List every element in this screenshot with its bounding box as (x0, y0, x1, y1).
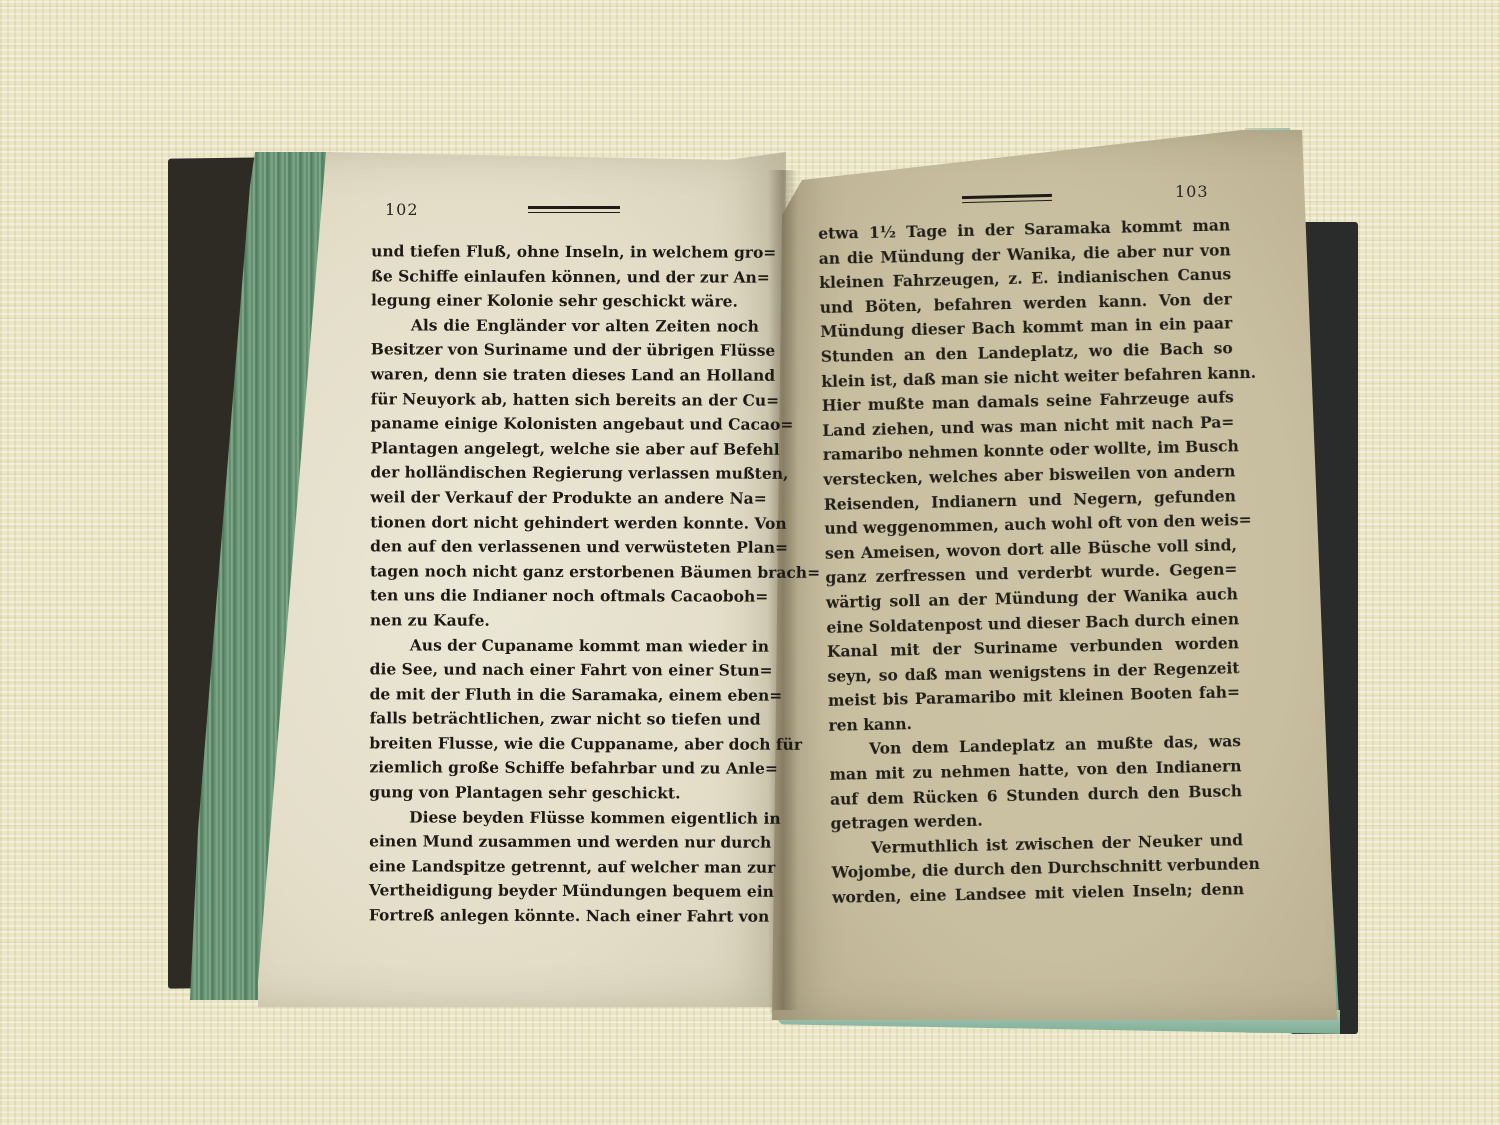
right-page-number: 103 (1175, 182, 1209, 201)
text-line: Diese beyden Flüsse kommen eigentlich in (369, 805, 757, 831)
right-page-text: etwa 1½ Tage in der Saramaka kommt man a… (818, 213, 1244, 910)
text-line: die See, und nach einer Fahrt von einer … (370, 657, 758, 683)
text-line: ten uns die Indianer noch oftmals Cacaob… (370, 584, 758, 610)
text-line: weil der Verkauf der Produkte an andere … (370, 485, 758, 511)
text-line: für Neuyork ab, hatten sich bereits an d… (371, 387, 759, 413)
text-line: falls beträchtlichen, zwar nicht so tief… (369, 707, 757, 733)
left-page-text: und tiefen Fluß, ohne Inseln, in welchem… (369, 239, 759, 929)
text-line: und tiefen Fluß, ohne Inseln, in welchem… (371, 239, 759, 265)
text-line: tagen noch nicht ganz erstorbenen Bäumen… (370, 559, 758, 585)
text-line: Vertheidigung beyder Mündungen bequem ei… (369, 879, 757, 905)
text-line: Als die Engländer vor alten Zeiten noch (371, 313, 759, 339)
left-header-rule (528, 206, 620, 213)
text-line: Fortreß anlegen könnte. Nach einer Fahrt… (369, 903, 757, 929)
left-page-number: 102 (385, 200, 419, 219)
text-line: nen zu Kaufe. (370, 608, 758, 634)
text-line: gung von Plantagen sehr geschickt. (369, 780, 757, 806)
text-line: eine Landspitze getrennt, auf welcher ma… (369, 854, 757, 880)
text-line: der holländischen Regierung verlassen mu… (370, 461, 758, 487)
text-line: waren, denn sie traten dieses Land an Ho… (371, 362, 759, 388)
text-line: paname einige Kolonisten angebaut und Ca… (371, 411, 759, 437)
text-line: Plantagen angelegt, welche sie aber auf … (370, 436, 758, 462)
text-line: ße Schiffe einlaufen können, und der zur… (371, 264, 759, 290)
text-line: tionen dort nicht gehindert werden konnt… (370, 510, 758, 536)
text-line: de mit der Fluth in die Saramaka, einem … (370, 682, 758, 708)
text-line: ziemlich große Schiffe befahrbar und zu … (369, 756, 757, 782)
text-line: breiten Flusse, wie die Cuppaname, aber … (369, 731, 757, 757)
text-line: legung einer Kolonie sehr geschickt wäre… (371, 289, 759, 315)
text-line: Aus der Cupaname kommt man wieder in (370, 633, 758, 659)
text-line: den auf den verlassenen und verwüsteten … (370, 534, 758, 560)
text-line: Besitzer von Suriname und der übrigen Fl… (371, 338, 759, 364)
text-line: einen Mund zusammen und werden nur durch (369, 830, 757, 856)
